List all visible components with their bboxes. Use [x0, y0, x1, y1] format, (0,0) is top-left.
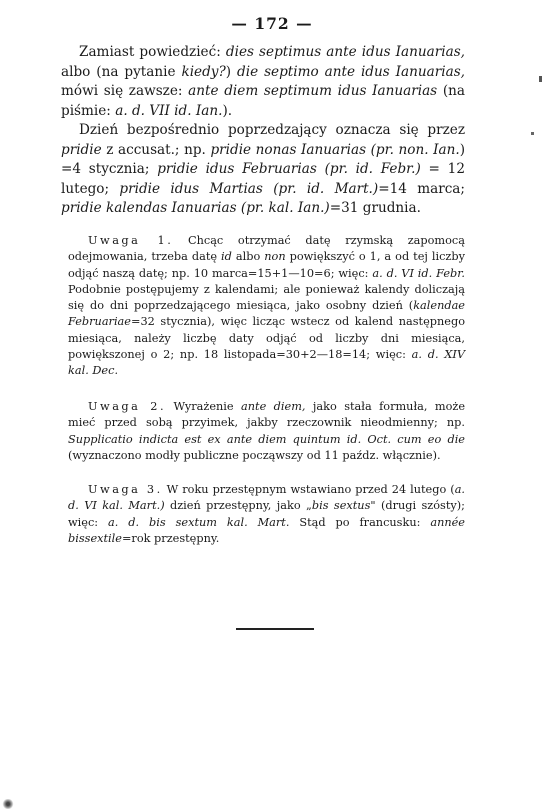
italic-text: non	[264, 250, 285, 263]
corner-smudge	[2, 799, 14, 809]
text: mówi się zawsze:	[61, 83, 188, 99]
italic-text: pridie idus Martias (pr. id. Mart.)	[119, 181, 378, 197]
note-label: Uwaga 1.	[88, 234, 173, 247]
italic-text: a. d. bis sextum kal. Mart.	[108, 516, 289, 529]
italic-text: ante diem,	[241, 400, 305, 413]
italic-text: pridie kalendas Ianuarias (pr. kal. Ian.…	[61, 200, 330, 216]
paragraph-1: Zamiast powiedzieć: dies septimus ante i…	[61, 43, 465, 121]
italic-text: bis sextus	[312, 499, 371, 512]
note-1: Uwaga 1. Chcąc otrzymać datę rzymską zap…	[68, 233, 465, 380]
text: albo (na pytanie	[61, 64, 181, 80]
italic-text: pridie idus Februarias (pr. id. Febr.)	[157, 161, 421, 177]
text: z accusat.; np.	[102, 142, 211, 158]
text: Dzień bezpośrednio poprzedzający oznacza…	[79, 122, 465, 138]
note-text: Uwaga 3. W roku przestępnym wstawiano pr…	[68, 482, 465, 547]
text: Wyrażenie	[166, 400, 241, 413]
text: =rok przestępny.	[122, 532, 219, 545]
italic-text: Supplicatio indicta est ex ante diem qui…	[68, 433, 465, 446]
note-text: Uwaga 1. Chcąc otrzymać datę rzymską zap…	[68, 233, 465, 380]
paragraph-text: Zamiast powiedzieć: dies septimus ante i…	[61, 43, 465, 121]
text: W roku przestępnym wstawiano przed 24 lu…	[163, 483, 455, 496]
text: (wyznaczono modły publiczne począwszy od…	[68, 449, 441, 462]
italic-text: dies septimus ante idus Ianuarias,	[226, 44, 465, 60]
page-number: — 172 —	[0, 14, 544, 33]
text: Zamiast powiedzieć:	[79, 44, 226, 60]
text: =31 grudnia.	[330, 200, 421, 216]
italic-text: kiedy?	[181, 64, 225, 80]
text: dzień przestępny, jako „	[165, 499, 312, 512]
paragraph-text: Dzień bezpośrednio poprzedzający oznacza…	[61, 121, 465, 219]
note-label: Uwaga 3.	[88, 483, 163, 496]
text: albo	[232, 250, 264, 263]
note-2: Uwaga 2. Wyrażenie ante diem, jako stała…	[68, 399, 465, 464]
paragraph-2: Dzień bezpośrednio poprzedzający oznacza…	[61, 121, 465, 219]
italic-text: die septimo ante idus Ianuarias,	[237, 64, 465, 80]
text: Podobnie postępujemy z kalendami; ale po…	[68, 283, 465, 312]
text: )	[226, 64, 237, 80]
italic-text: id	[221, 250, 232, 263]
note-text: Uwaga 2. Wyrażenie ante diem, jako stała…	[68, 399, 465, 464]
text: ).	[222, 103, 232, 119]
italic-text: a. d. VI id. Febr.	[372, 267, 465, 280]
margin-speck	[531, 132, 534, 135]
section-divider-rule	[236, 628, 314, 630]
italic-text: pridie nonas Ianuarias (pr. non. Ian.	[210, 142, 459, 158]
text: =14 marca;	[378, 181, 465, 197]
margin-speck	[539, 76, 542, 82]
italic-text: pridie	[61, 142, 102, 158]
italic-text: ante diem septimum idus Ianuarias	[188, 83, 437, 99]
text: Stąd po francusku:	[289, 516, 430, 529]
note-label: Uwaga 2.	[88, 400, 166, 413]
italic-text: a. d. VII id. Ian.	[115, 103, 222, 119]
note-3: Uwaga 3. W roku przestępnym wstawiano pr…	[68, 482, 465, 547]
